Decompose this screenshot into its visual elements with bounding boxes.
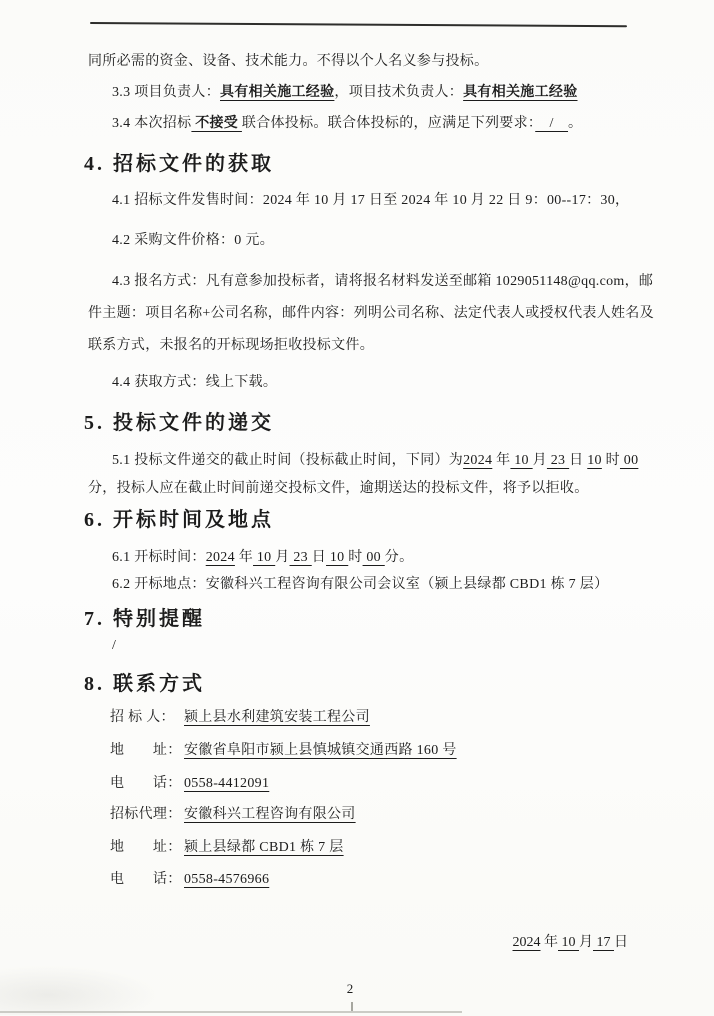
p51-prefix: 5.1 投标文件递交的截止时间（投标截止时间，下同）为 (112, 453, 463, 468)
p34-end: 。 (568, 116, 582, 131)
section-5-title: 5. 投标文件的递交 (84, 406, 274, 435)
paragraph-3-3: 3.3 项目负责人：具有相关施工经验，项目技术负责人：具有相关施工经验 (112, 81, 578, 101)
paragraph-5-1-line1: 5.1 投标文件递交的截止时间（投标截止时间，下同）为2024 年 10 月 2… (112, 449, 638, 469)
paragraph-4-3-line1: 4.3 报名方式：凡有意参加投标者，请将报名材料发送至邮箱 1029051148… (112, 270, 653, 290)
date-day-label: 日 (614, 935, 628, 950)
contact-label: 地 址： (110, 739, 184, 759)
p61-end: 分。 (385, 550, 414, 565)
paragraph-4-4: 4.4 获取方式：线上下载。 (112, 371, 277, 391)
section-6-title: 6. 开标时间及地点 (84, 503, 274, 532)
p51-month: 10 (510, 453, 532, 468)
scan-artifact-bottom-line (0, 1011, 462, 1013)
p34-middle: 联合体投标。联合体投标的，应满足下列要求： (242, 116, 535, 131)
p61-hour-label: 时 (348, 550, 362, 565)
p33-underlined-value-2: 具有相关施工经验 (463, 85, 577, 100)
date-year: 2024 (513, 935, 541, 950)
p51-month-label: 月 (533, 453, 547, 468)
contact-label: 招 标 人： (110, 706, 184, 726)
contact-row-tenderer-phone: 电 话：0558-4412091 (110, 772, 269, 792)
page-number: 2 (330, 981, 370, 997)
paragraph-4-3-line2: 件主题：项目名称+公司名称，邮件内容：列明公司名称、法定代表人或授权代表人姓名及 (88, 302, 654, 322)
p51-hour-label: 时 (602, 453, 620, 468)
date-month-label: 月 (579, 935, 593, 950)
contact-row-tenderer: 招 标 人：颍上县水利建筑安装工程公司 (110, 706, 370, 726)
p61-minute: 00 (363, 550, 385, 565)
p61-prefix: 6.1 开标时间： (112, 550, 206, 565)
p61-year: 2024 (206, 550, 235, 565)
p61-day: 23 (290, 550, 312, 565)
contact-value: 颍上县绿都 CBD1 栋 7 层 (184, 840, 344, 855)
paragraph-6-1: 6.1 开标时间：2024 年 10 月 23 日 10 时 00 分。 (112, 546, 413, 566)
p33-middle: ，项目技术负责人： (334, 85, 463, 100)
document-date: 2024 年 10 月 17 日 (513, 931, 629, 951)
p34-prefix: 3.4 本次招标 (112, 116, 191, 131)
p33-underlined-value-1: 具有相关施工经验 (220, 85, 334, 100)
contact-row-agency: 招标代理：安徽科兴工程咨询有限公司 (110, 803, 356, 823)
p51-hour: 10 (587, 453, 602, 468)
section-7-content-slash: / (112, 638, 116, 654)
contact-value: 0558-4412091 (184, 776, 269, 791)
date-month: 10 (558, 935, 579, 950)
date-year-label: 年 (541, 935, 559, 950)
contact-label: 地 址： (110, 836, 184, 856)
paragraph-4-1: 4.1 招标文件发售时间：2024 年 10 月 17 日至 2024 年 10… (112, 189, 629, 209)
section-4-title: 4. 招标文件的获取 (84, 147, 274, 176)
intro-continuation-line: 同所必需的资金、设备、技术能力。不得以个人名义参与投标。 (88, 50, 488, 70)
contact-row-tenderer-address: 地 址：安徽省阜阳市颍上县慎城镇交通西路 160 号 (110, 739, 457, 759)
intro-text: 同所必需的资金、设备、技术能力。不得以个人名义参与投标。 (88, 54, 488, 69)
p61-day-label: 日 (312, 550, 326, 565)
scan-artifact-top-line (90, 22, 627, 27)
contact-label: 电 话： (110, 772, 184, 792)
p34-underlined-value: 不接受 (191, 116, 242, 131)
p33-prefix: 3.3 项目负责人： (112, 85, 220, 100)
p61-hour: 10 (326, 550, 348, 565)
contact-row-agency-phone: 电 话：0558-4576966 (110, 868, 269, 888)
paragraph-3-4: 3.4 本次招标 不接受 联合体投标。联合体投标的，应满足下列要求： / 。 (112, 112, 582, 132)
contact-value: 颍上县水利建筑安装工程公司 (184, 710, 370, 725)
contact-label: 招标代理： (110, 803, 184, 823)
document-page: 同所必需的资金、设备、技术能力。不得以个人名义参与投标。 3.3 项目负责人：具… (0, 0, 714, 1016)
p51-year-label: 年 (492, 453, 510, 468)
paragraph-4-3-line3: 联系方式，未报名的开标现场拒收投标文件。 (88, 334, 374, 354)
p61-year-label: 年 (235, 550, 253, 565)
p51-day-label: 日 (569, 453, 587, 468)
scan-artifact-smudge (0, 965, 160, 1015)
p34-blank-slash: / (535, 116, 568, 131)
p51-year: 2024 (463, 453, 492, 468)
paragraph-4-2: 4.2 采购文件价格：0 元。 (112, 229, 274, 249)
paragraph-6-2: 6.2 开标地点：安徽科兴工程咨询有限公司会议室（颍上县绿都 CBD1 栋 7 … (112, 573, 608, 593)
paragraph-5-1-line2: 分，投标人应在截止时间前递交投标文件，逾期送达的投标文件，将予以拒收。 (88, 477, 589, 497)
contact-value: 安徽省阜阳市颍上县慎城镇交通西路 160 号 (184, 743, 457, 758)
p61-month-label: 月 (275, 550, 289, 565)
p51-day: 23 (547, 453, 569, 468)
contact-row-agency-address: 地 址：颍上县绿都 CBD1 栋 7 层 (110, 836, 344, 856)
section-7-title: 7. 特别提醒 (84, 602, 205, 631)
date-day: 17 (593, 935, 614, 950)
contact-label: 电 话： (110, 868, 184, 888)
contact-value: 0558-4576966 (184, 872, 269, 887)
p51-minute: 00 (620, 453, 638, 468)
section-8-title: 8. 联系方式 (84, 667, 205, 696)
p61-month: 10 (253, 550, 275, 565)
contact-value: 安徽科兴工程咨询有限公司 (184, 807, 356, 822)
